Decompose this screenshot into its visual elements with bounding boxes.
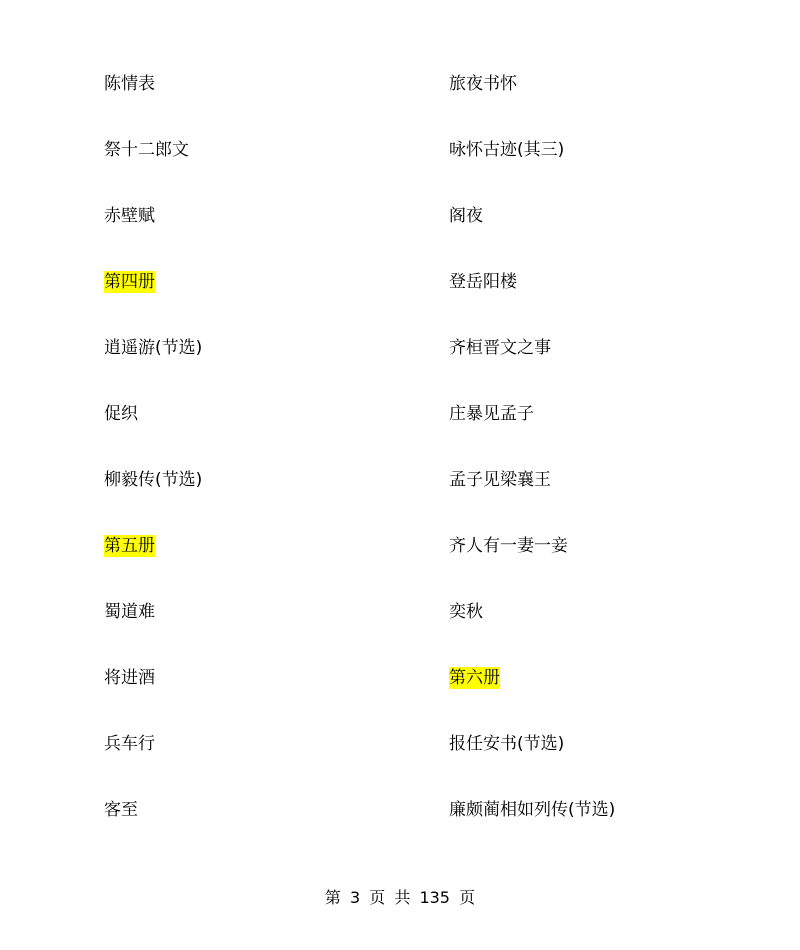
list-item: 庄暴见孟子 [449, 403, 534, 425]
list-item: 陈情表 [104, 73, 155, 95]
list-item: 促织 [104, 403, 138, 425]
list-item: 赤壁赋 [104, 205, 155, 227]
list-item: 阁夜 [449, 205, 483, 227]
list-item: 祭十二郎文 [104, 139, 189, 161]
list-item: 蜀道难 [104, 601, 155, 623]
list-item: 孟子见梁襄王 [449, 469, 551, 491]
list-item: 将进酒 [104, 667, 155, 689]
list-item: 旅夜书怀 [449, 73, 517, 95]
list-item: 奕秋 [449, 601, 483, 623]
list-item: 廉颇蔺相如列传(节选) [449, 799, 615, 821]
list-item: 柳毅传(节选) [104, 469, 202, 491]
list-item: 登岳阳楼 [449, 271, 517, 293]
section-heading: 第五册 [104, 535, 155, 557]
list-item: 咏怀古迹(其三) [449, 139, 564, 161]
page-number-footer: 第 3 页 共 135 页 [0, 887, 800, 909]
section-heading: 第四册 [104, 271, 155, 293]
list-item: 齐人有一妻一妾 [449, 535, 568, 557]
list-item: 逍遥游(节选) [104, 337, 202, 359]
list-item: 客至 [104, 799, 138, 821]
list-item: 齐桓晋文之事 [449, 337, 551, 359]
list-item: 报任安书(节选) [449, 733, 564, 755]
list-item: 兵车行 [104, 733, 155, 755]
section-heading: 第六册 [449, 667, 500, 689]
